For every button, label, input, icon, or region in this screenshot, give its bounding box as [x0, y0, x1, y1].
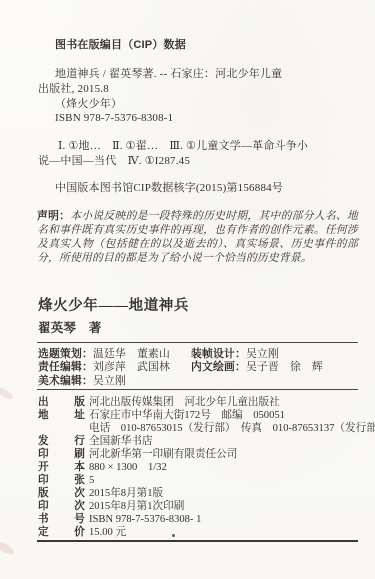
statement-label: 声明：	[37, 210, 70, 222]
cip-isbn: ISBN 978-7-5376-8308-1	[38, 111, 338, 126]
cip-heading: 图书在版编目（CIP）数据	[38, 38, 338, 53]
cip-classification-line1: Ⅰ. ①地… Ⅱ. ①翟… Ⅲ. ①儿童文学—革命斗争小	[38, 139, 338, 154]
pub-value-printer: 河北新华第一印刷有限责任公司	[89, 449, 237, 460]
credit-value-cover-design: 吴立刚	[246, 348, 279, 360]
book-copyright-page: 图书在版编目（CIP）数据 地道神兵 / 翟英琴著. -- 石家庄：河北少年儿童…	[0, 0, 375, 579]
cip-record-number: 中国版本图书馆CIP数据核字(2015)第156884号	[38, 181, 338, 196]
cip-block: 图书在版编目（CIP）数据 地道神兵 / 翟英琴著. -- 石家庄：河北少年儿童…	[38, 38, 338, 196]
pub-value-sheets: 5	[89, 475, 94, 486]
pub-value-price: 15.00 元	[89, 527, 126, 538]
pub-value-publisher: 河北出版传媒集团 河北少年儿童出版社	[89, 397, 280, 408]
pub-row-isbn: 书号ISBN 978-7-5376-8308- 1	[38, 513, 375, 526]
pub-label-impression: 印次	[38, 500, 85, 513]
credit-row-editors: 责任编辑：刘彦萍 武国林内文绘画：吴子晋 徐 辉	[38, 361, 323, 374]
credit-value-editors: 刘彦萍 武国林	[93, 361, 170, 373]
credit-label-art-editor: 美术编辑：	[38, 375, 93, 387]
book-title: 烽火少年——地道神兵	[38, 298, 189, 314]
title-block: 烽火少年——地道神兵 翟英琴 著	[38, 298, 189, 335]
statement-paragraph: 声明：本小说反映的是一段特殊的历史时期，其中的部分人名、地名和事件既有真实历史事…	[37, 210, 358, 266]
pub-label-distribution: 发行	[38, 435, 85, 448]
scan-smudge-left-middle	[0, 386, 14, 401]
divider-middle	[37, 389, 358, 390]
cip-series: （烽火少年）	[38, 97, 338, 112]
pub-label-price: 定价	[38, 526, 85, 539]
publication-info-block: 出版河北出版传媒集团 河北少年儿童出版社 地址石家庄市中华南大街172号 邮编 …	[38, 396, 375, 539]
credit-row-planning: 选题策划：温廷华 董素山装帧设计：吴立刚	[38, 348, 323, 361]
pub-label-sheets: 印张	[38, 474, 85, 487]
cip-description-line2: 出版社, 2015.8	[38, 82, 338, 97]
pub-value-impression: 2015年8月第1次印刷	[89, 501, 184, 512]
pub-label-publisher: 出版	[38, 396, 85, 409]
pub-label-format: 开本	[38, 461, 85, 474]
pub-label-isbn: 书号	[38, 513, 85, 526]
credit-label-planning: 选题策划：	[38, 348, 93, 360]
credit-value-planning: 温廷华 董素山	[93, 348, 170, 360]
pub-row-publisher: 出版河北出版传媒集团 河北少年儿童出版社	[38, 396, 375, 409]
credit-label-cover-design: 装帧设计：	[191, 348, 246, 360]
credit-label-illustration: 内文绘画：	[191, 361, 246, 373]
pub-row-sheets: 印张5	[38, 474, 375, 487]
credit-value-illustration: 吴子晋 徐 辉	[246, 361, 323, 373]
pub-row-impression: 印次2015年8月第1次印刷	[38, 500, 375, 513]
pub-label-printer: 印刷	[38, 448, 85, 461]
credit-value-art-editor: 吴立刚	[93, 375, 126, 387]
pub-row-format: 开本880 × 1300 1/32	[38, 461, 375, 474]
pub-value-edition: 2015年8月第1版	[89, 488, 163, 499]
credit-label-editors: 责任编辑：	[38, 361, 93, 373]
pub-label-edition: 版次	[38, 487, 85, 500]
pub-row-phone-fax: 电话 010-87653015（发行部） 传真 010-87653137（发行部…	[38, 422, 375, 435]
pub-value-format: 880 × 1300 1/32	[89, 462, 167, 473]
pub-row-price: 定价15.00 元	[38, 526, 375, 539]
pub-row-address: 地址石家庄市中华南大街172号 邮编 050051	[38, 409, 375, 422]
book-author: 翟英琴 著	[38, 321, 189, 335]
cip-description-line1: 地道神兵 / 翟英琴著. -- 石家庄：河北少年儿童	[38, 67, 338, 82]
pub-row-edition: 版次2015年8月第1版	[38, 487, 375, 500]
credits-block: 选题策划：温廷华 董素山装帧设计：吴立刚 责任编辑：刘彦萍 武国林内文绘画：吴子…	[38, 348, 323, 388]
pub-row-printer: 印刷河北新华第一印刷有限责任公司	[38, 448, 375, 461]
scan-dot-artifact	[172, 534, 175, 537]
divider-bottom	[37, 540, 358, 542]
pub-value-phone-fax: 电话 010-87653015（发行部） 传真 010-87653137（发行部…	[89, 423, 375, 434]
pub-label-address: 地址	[38, 409, 85, 422]
divider-top	[37, 342, 358, 343]
scan-smudge-left-bottom	[0, 540, 16, 557]
pub-value-distribution: 全国新华书店	[89, 436, 153, 447]
pub-row-distribution: 发行全国新华书店	[38, 435, 375, 448]
pub-value-address: 石家庄市中华南大街172号 邮编 050051	[89, 410, 285, 421]
cip-classification-line2: 说—中国—当代 Ⅳ. ①I287.45	[38, 154, 338, 169]
statement-text: 本小说反映的是一段特殊的历史时期，其中的部分人名、地名和事件既有真实历史事件的再…	[37, 210, 358, 264]
pub-value-isbn: ISBN 978-7-5376-8308- 1	[89, 514, 201, 525]
credit-row-art-editor: 美术编辑：吴立刚	[38, 375, 323, 388]
